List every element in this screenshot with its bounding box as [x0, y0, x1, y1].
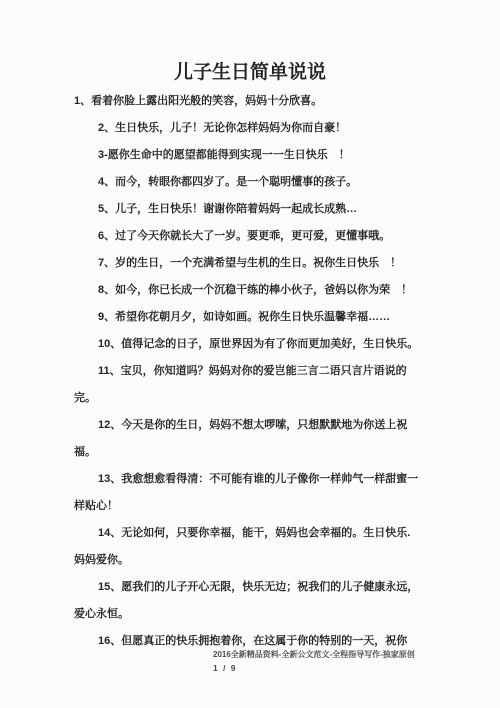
list-item: 14、无论如何，只要你幸福，能干，妈妈也会幸福的。生日快乐. 妈妈爱你。	[74, 520, 419, 574]
list-item: 12、今天是你的生日，妈妈不想太啰嗦，只想默默地为你送上祝福。	[74, 412, 419, 466]
list-item: 9、希望你花朝月夕，如诗如画。祝你生日快乐温馨幸福……	[74, 304, 419, 331]
list-item: 4、而今，转眼你都四岁了。是一个聪明懂事的孩子。	[74, 169, 419, 196]
document-body: 1、看着你脸上露出阳光般的笑容，妈妈十分欣喜。 2、生日快乐，儿子！无论你怎样妈…	[74, 88, 419, 655]
list-item: 13、我愈想愈看得清：不可能有谁的儿子像你一样帅气一样甜蜜一样贴心！	[74, 466, 419, 520]
page-title: 儿子生日简单说说	[0, 59, 500, 86]
list-item: 6、过了今天你就长大了一岁。要更乖，更可爱，更懂事哦。	[74, 223, 419, 250]
list-item: 1、看着你脸上露出阳光般的笑容，妈妈十分欣喜。	[74, 88, 419, 115]
list-item: 15、愿我们的儿子开心无限，快乐无边；祝我们的儿子健康永远，爱心永恒。	[74, 574, 419, 628]
document-page: 儿子生日简单说说 1、看着你脸上露出阳光般的笑容，妈妈十分欣喜。 2、生日快乐，…	[0, 0, 500, 708]
list-item: 8、如今，你已长成一个沉稳干练的棒小伙子，爸妈以你为荣 ！	[74, 277, 419, 304]
list-item: 11、宝贝，你知道吗？妈妈对你的爱岂能三言二语只言片语说的完。	[74, 358, 419, 412]
list-item: 7、岁的生日，一个充满希望与生机的生日。祝你生日快乐 ！	[74, 250, 419, 277]
list-item: 5、儿子，生日快乐！谢谢你陪着妈妈一起成长成熟…	[74, 196, 419, 223]
footer-source-line: 2016全新精品资料-全新公文范文-全程指导写作-独家原创	[213, 650, 415, 660]
list-item: 2、生日快乐，儿子！无论你怎样妈妈为你而自豪！	[74, 115, 419, 142]
list-item: 3-愿你生命中的愿望都能得到实现一一生日快乐 ！	[74, 142, 419, 169]
page-number-indicator: 1 / 9	[213, 663, 415, 673]
page-footer: 2016全新精品资料-全新公文范文-全程指导写作-独家原创 1 / 9	[213, 650, 415, 673]
list-item: 10、值得记念的日子，原世界因为有了你而更加美好，生日快乐。	[74, 331, 419, 358]
